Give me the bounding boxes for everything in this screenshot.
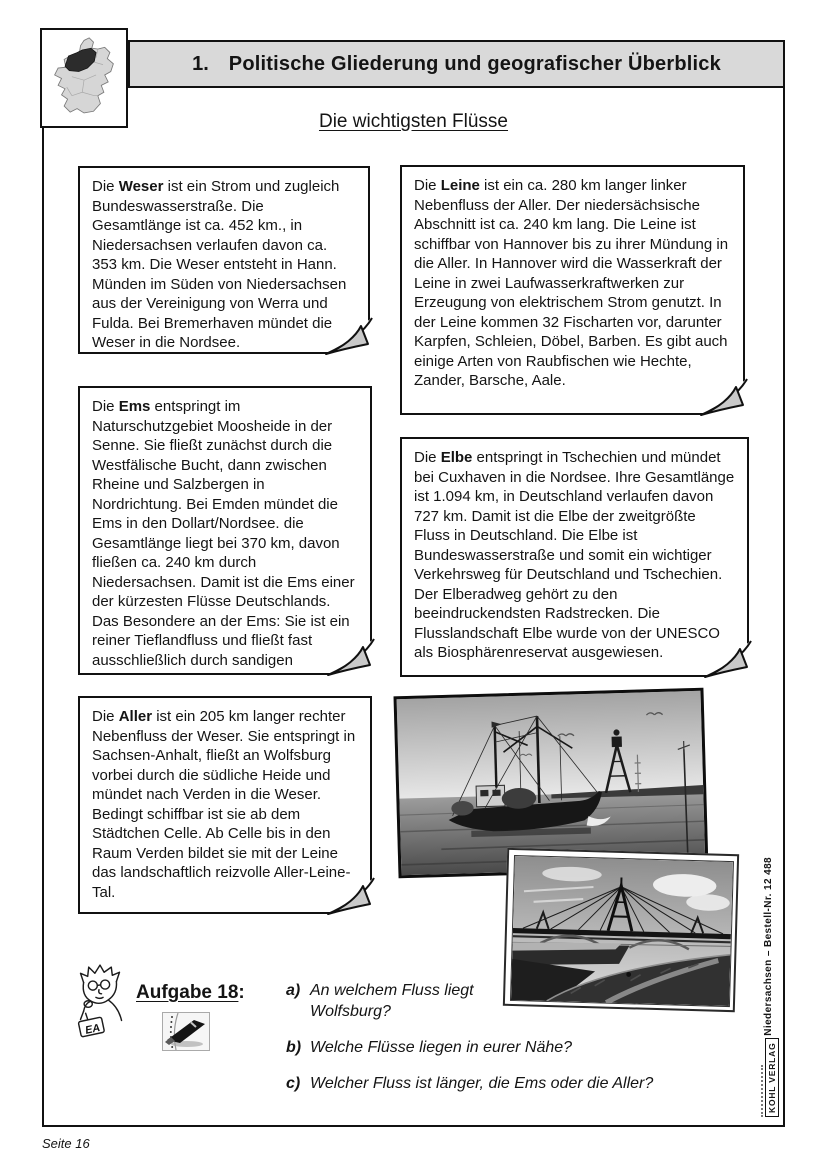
page-curl-icon — [697, 377, 749, 417]
task-item-b: b) Welche Flüsse liegen in eurer Nähe? — [286, 1037, 572, 1058]
page-curl-icon — [322, 316, 374, 356]
bridge-photo — [503, 848, 739, 1012]
task-title: Aufgabe 18 — [136, 982, 238, 1003]
info-box-aller: Die Aller ist ein 205 km langer rechter … — [78, 696, 372, 914]
info-box-ems-text: Die Ems entspringt im Naturschutzgebiet … — [80, 388, 370, 673]
logo-fineprint — [761, 1065, 763, 1117]
chapter-title: Politische Gliederung und geografischer … — [229, 53, 721, 76]
chapter-number: 1. — [192, 53, 209, 76]
publisher-logo: KOHL VERLAG — [731, 1040, 783, 1120]
chapter-header: 1. Politische Gliederung und geografisch… — [128, 40, 785, 88]
task-item-b-text: Welche Flüsse liegen in eurer Nähe? — [310, 1037, 572, 1058]
task-item-c-text: Welcher Fluss ist länger, die Ems oder d… — [310, 1073, 653, 1094]
task-item-b-letter: b) — [286, 1037, 310, 1058]
student-thinking-icon: EA — [70, 962, 130, 1042]
ea-badge: EA — [84, 1022, 101, 1037]
page-curl-icon — [324, 876, 376, 916]
page-curl-icon — [324, 637, 376, 677]
fishing-boat-graphic — [397, 691, 706, 875]
info-box-ems: Die Ems entspringt im Naturschutzgebiet … — [78, 386, 372, 675]
pen-writing-icon — [162, 1012, 210, 1051]
task-item-a-text: An welchem Fluss liegt Wolfsburg? — [310, 980, 502, 1022]
info-box-leine: Die Leine ist ein ca. 280 km langer link… — [400, 165, 745, 415]
task-item-c: c) Welcher Fluss ist länger, die Ems ode… — [286, 1073, 653, 1094]
task-item-c-letter: c) — [286, 1073, 310, 1094]
info-box-weser: Die Weser ist ein Strom und zugleich Bun… — [78, 166, 370, 354]
page-subtitle: Die wichtigsten Flüsse — [319, 111, 508, 132]
bridge-graphic — [510, 855, 734, 1007]
task-item-a-letter: a) — [286, 980, 310, 1022]
page-number: Seite 16 — [42, 1136, 90, 1151]
page-subtitle-wrap: Die wichtigsten Flüsse — [42, 111, 785, 133]
germany-map-graphic — [46, 32, 122, 124]
order-number-caption: Niedersachsen – Bestell-Nr. 12 488 — [763, 852, 779, 1042]
logo-text: KOHL VERLAG — [765, 1038, 779, 1117]
germany-map-icon — [40, 28, 128, 128]
task-label: Aufgabe 18: — [136, 982, 245, 1004]
info-box-elbe: Die Elbe entspringt in Tschechien und mü… — [400, 437, 749, 677]
worksheet-page: 1. Politische Gliederung und geografisch… — [0, 0, 827, 1169]
page-curl-icon — [701, 639, 753, 679]
info-box-elbe-text: Die Elbe entspringt in Tschechien und mü… — [402, 439, 747, 675]
info-box-leine-text: Die Leine ist ein ca. 280 km langer link… — [402, 167, 743, 413]
task-item-a: a) An welchem Fluss liegt Wolfsburg? — [286, 980, 502, 1022]
